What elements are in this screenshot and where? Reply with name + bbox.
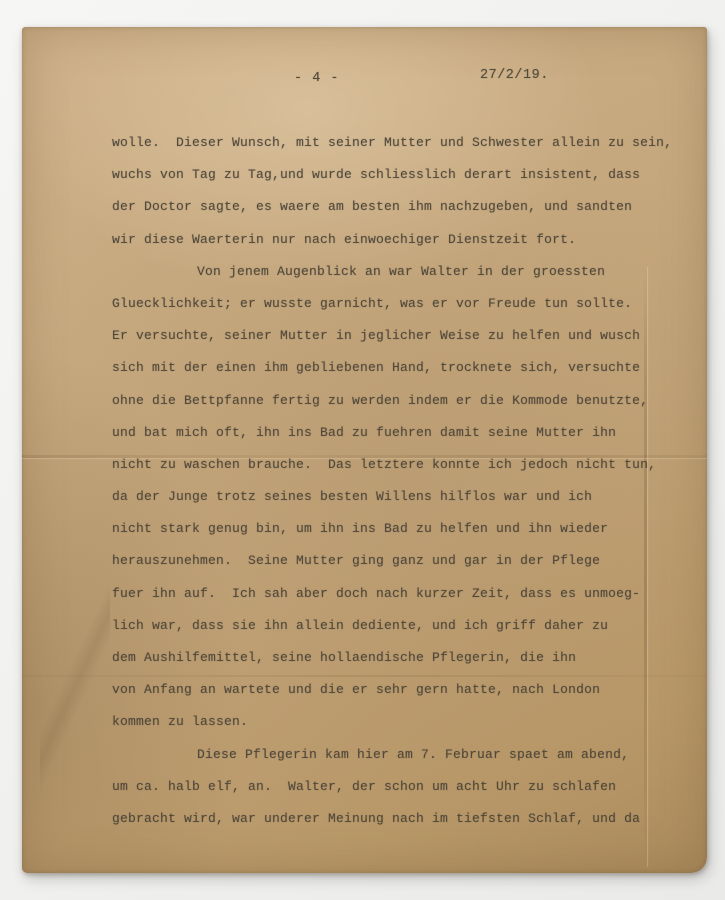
page-number: - 4 -: [294, 71, 340, 86]
typed-line: wuchs von Tag zu Tag,und wurde schliessl…: [112, 163, 687, 195]
scan-background: - 4 - 27/2/19. wolle. Dieser Wunsch, mit…: [0, 0, 725, 900]
document-page: - 4 - 27/2/19. wolle. Dieser Wunsch, mit…: [22, 27, 707, 873]
page-date: 27/2/19.: [480, 68, 549, 83]
typed-line: von Anfang an wartete und die er sehr ge…: [112, 678, 687, 710]
typed-line: Von jenem Augenblick an war Walter in de…: [112, 260, 687, 292]
typed-line: gebracht wird, war underer Meinung nach …: [112, 807, 687, 839]
typed-line: Gluecklichkeit; er wusste garnicht, was …: [112, 292, 687, 324]
typed-line: sich mit der einen ihm gebliebenen Hand,…: [112, 356, 687, 388]
typed-line: lich war, dass sie ihn allein dediente, …: [112, 614, 687, 646]
typed-line: Er versuchte, seiner Mutter in jeglicher…: [112, 324, 687, 356]
typed-line: nicht stark genug bin, um ihn ins Bad zu…: [112, 517, 687, 549]
typed-line: der Doctor sagte, es waere am besten ihm…: [112, 195, 687, 227]
typed-line: dem Aushilfemittel, seine hollaendische …: [112, 646, 687, 678]
typed-line: wir diese Waerterin nur nach einwoechige…: [112, 228, 687, 260]
typed-line: und bat mich oft, ihn ins Bad zu fuehren…: [112, 421, 687, 453]
typed-line: Diese Pflegerin kam hier am 7. Februar s…: [112, 743, 687, 775]
paper-crease-diagonal: [40, 567, 110, 807]
typed-line: nicht zu waschen brauche. Das letztere k…: [112, 453, 687, 485]
typed-line: wolle. Dieser Wunsch, mit seiner Mutter …: [112, 131, 687, 163]
typed-line: fuer ihn auf. Ich sah aber doch nach kur…: [112, 582, 687, 614]
typed-line: herauszunehmen. Seine Mutter ging ganz u…: [112, 549, 687, 581]
typed-line: da der Junge trotz seines besten Willens…: [112, 485, 687, 517]
typed-line: kommen zu lassen.: [112, 710, 687, 742]
typed-line: ohne die Bettpfanne fertig zu werden ind…: [112, 389, 687, 421]
typed-text: wolle. Dieser Wunsch, mit seiner Mutter …: [112, 131, 687, 839]
typed-line: um ca. halb elf, an. Walter, der schon u…: [112, 775, 687, 807]
